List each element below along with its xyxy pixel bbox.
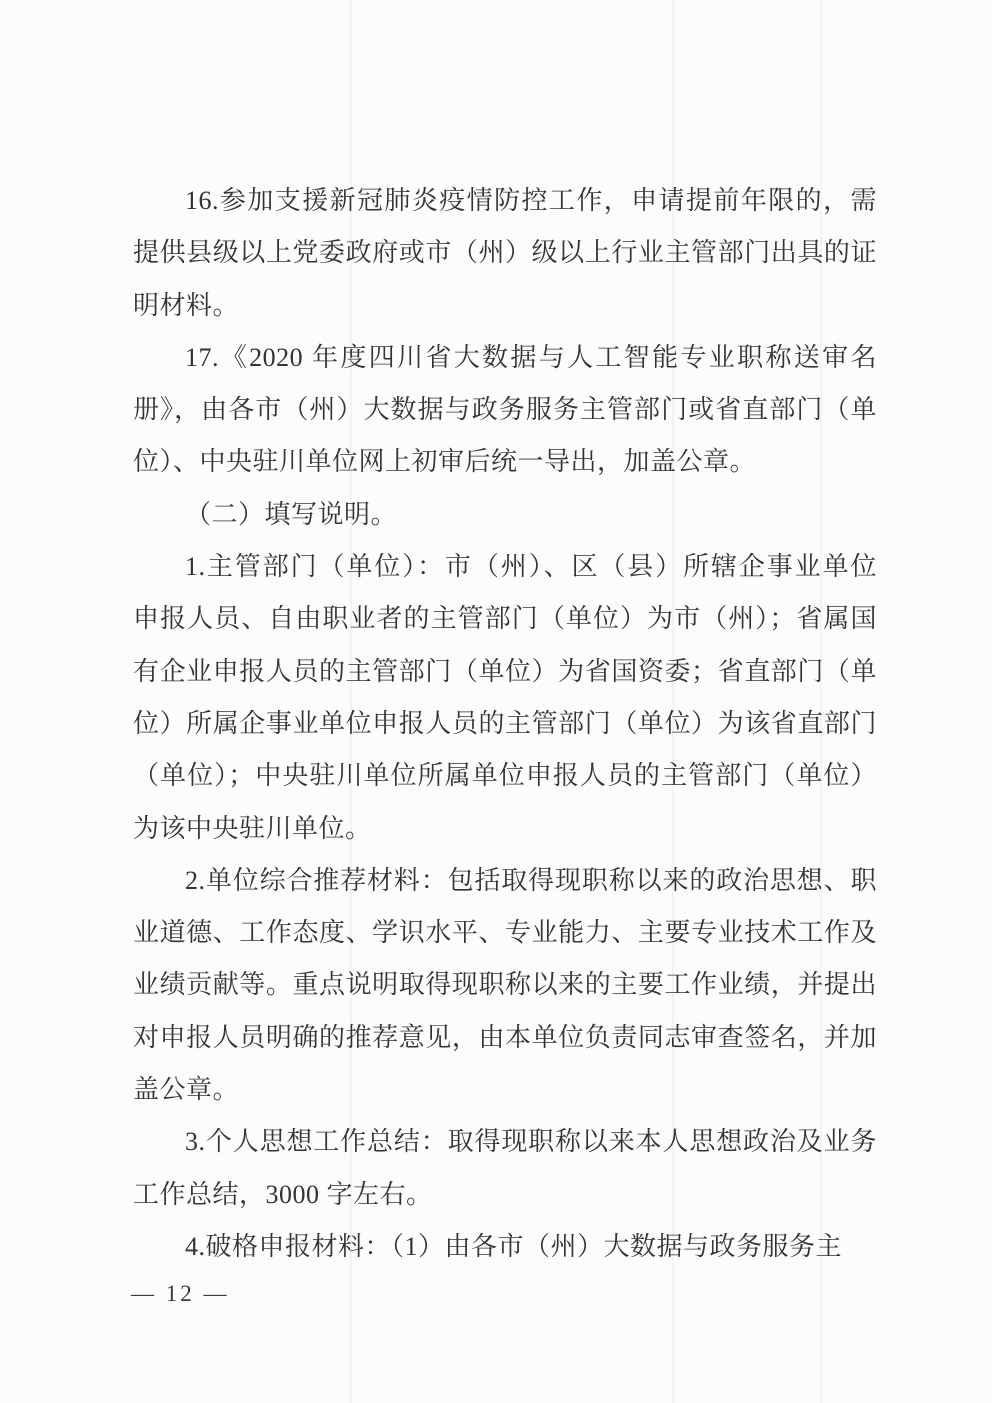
text-line: 申报人员、自由职业者的主管部门（单位）为市（州）；省属国	[133, 593, 877, 645]
text-line: 3.个人思想工作总结：取得现职称以来本人思想政治及业务	[133, 1116, 877, 1168]
page-number: — 12 —	[131, 1281, 230, 1307]
text-line: 16.参加支援新冠肺炎疫情防控工作，申请提前年限的，需	[133, 175, 877, 227]
text-line: 位）、中央驻川单位网上初审后统一导出，加盖公章。	[133, 436, 877, 488]
text-line: 位）所属企事业单位申报人员的主管部门（单位）为该省直部门	[133, 698, 877, 750]
text-line: 提供县级以上党委政府或市（州）级以上行业主管部门出具的证	[133, 227, 877, 279]
text-line: 为该中央驻川单位。	[133, 803, 877, 855]
text-line: 业绩贡献等。重点说明取得现职称以来的主要工作业绩，并提出	[133, 959, 877, 1011]
text-line: 工作总结，3000 字左右。	[133, 1169, 877, 1221]
text-line: 2.单位综合推荐材料：包括取得现职称以来的政治思想、职	[133, 855, 877, 907]
text-line: （二）填写说明。	[133, 489, 877, 541]
text-line: 册》，由各市（州）大数据与政务服务主管部门或省直部门（单	[133, 384, 877, 436]
document-page: 16.参加支援新冠肺炎疫情防控工作，申请提前年限的，需提供县级以上党委政府或市（…	[0, 0, 992, 1403]
text-line: 17.《2020 年度四川省大数据与人工智能专业职称送审名	[133, 332, 877, 384]
text-line: 有企业申报人员的主管部门（单位）为省国资委；省直部门（单	[133, 646, 877, 698]
document-body: 16.参加支援新冠肺炎疫情防控工作，申请提前年限的，需提供县级以上党委政府或市（…	[133, 175, 877, 1273]
text-line: 业道德、工作态度、学识水平、专业能力、主要专业技术工作及	[133, 907, 877, 959]
text-line: （单位）；中央驻川单位所属单位申报人员的主管部门（单位）	[133, 750, 877, 802]
text-line: 对申报人员明确的推荐意见，由本单位负责同志审查签名，并加	[133, 1012, 877, 1064]
text-line: 明材料。	[133, 280, 877, 332]
text-line: 1.主管部门（单位）：市（州）、区（县）所辖企事业单位	[133, 541, 877, 593]
text-line: 4.破格申报材料：（1）由各市（州）大数据与政务服务主	[133, 1221, 877, 1273]
text-line: 盖公章。	[133, 1064, 877, 1116]
